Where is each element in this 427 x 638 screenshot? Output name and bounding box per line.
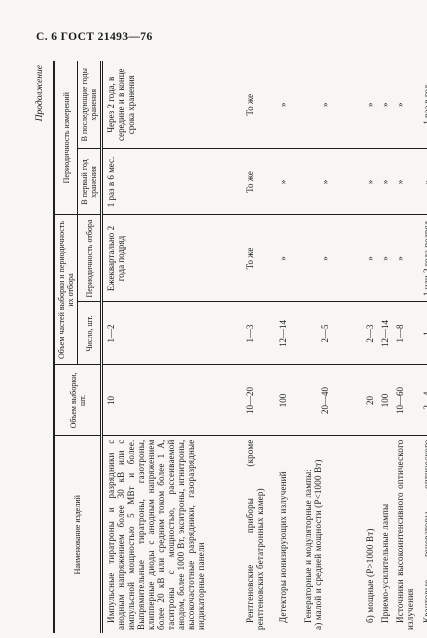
parts-count-cell: 1—3 (242, 302, 275, 365)
col-header-next-years: В последующие годы хранения (78, 61, 102, 149)
name-cell: Источники высокоинтенсивного оптического… (392, 436, 419, 633)
parts-count-cell: 1—8 (392, 302, 419, 365)
parts-periodicity-cell: » (362, 215, 377, 302)
next-years-cell: Через 2 года, в середине и в конце срока… (102, 61, 243, 149)
first-year-cell: » (300, 149, 362, 215)
first-year-cell: » (275, 149, 300, 215)
parts-count-cell: 12—14 (275, 302, 300, 365)
name-cell: Квантовые генераторы оптического диапазо… (419, 436, 427, 633)
first-year-cell: 1 раз в 6 мес. (102, 149, 243, 215)
col-header-measure-group: Периодичность измерений (54, 61, 78, 215)
table-row: Импульсные тиратроны и разрядники с анод… (102, 61, 243, 633)
col-header-parts-count: Число, шт. (78, 302, 102, 365)
sample-size-cell: 2—4 (419, 365, 427, 436)
parts-periodicity-cell: » (275, 215, 300, 302)
name-cell: Детекторы ионизирующих излучений (275, 436, 300, 633)
sample-size-cell: 20 (362, 365, 377, 436)
name-cell: Импульсные тиратроны и разрядники с анод… (102, 436, 243, 633)
parts-count-cell: 2—3 (362, 302, 377, 365)
table-row: Квантовые генераторы оптического диапазо… (419, 61, 427, 633)
first-year-cell: » (362, 149, 377, 215)
parts-count-cell: 2—5 (300, 302, 362, 365)
name-cell: Приемо-усилительные лампы (377, 436, 392, 633)
col-header-name: Наименование изделий (54, 436, 102, 633)
sample-size-cell: 10—20 (242, 365, 275, 436)
sample-size-cell: 10 (102, 365, 243, 436)
rotated-table-inner: Продолжение Наименование изделий Объем в… (33, 57, 425, 635)
continuation-label: Продолжение (33, 57, 53, 635)
table-row: Рентгеновские приборы (кроме рентгеновск… (242, 61, 275, 633)
col-header-parts-periodicity: Периодичность отбора (78, 215, 102, 302)
parts-count-cell: 12—14 (377, 302, 392, 365)
table-body: Импульсные тиратроны и разрядники с анод… (102, 61, 427, 633)
next-years-cell: » (377, 61, 392, 149)
col-header-sample-size: Объем выборки, шт. (54, 365, 102, 436)
sample-size-cell: 100 (275, 365, 300, 436)
first-year-cell: » (392, 149, 419, 215)
sample-size-cell: 100 (377, 365, 392, 436)
first-year-cell: То же (242, 149, 275, 215)
parts-periodicity-cell: » (377, 215, 392, 302)
sample-size-cell: 20—40 (300, 365, 362, 436)
name-cell: Рентгеновские приборы (кроме рентгеновск… (242, 436, 275, 633)
next-years-cell: » (392, 61, 419, 149)
name-cell: б) мощные (Р>1000 Вт) (362, 436, 377, 633)
next-years-cell: » (362, 61, 377, 149)
products-table: Наименование изделий Объем выборки, шт. … (53, 61, 427, 633)
page-header: С. 6 ГОСТ 21493—76 (36, 31, 153, 43)
scanned-document-page: { "page": { "header": "С. 6 ГОСТ 21493—7… (0, 0, 427, 638)
next-years-cell: » (300, 61, 362, 149)
next-years-cell: » (275, 61, 300, 149)
table-row: Приемо-усилительные лампы 100 12—14 » » … (377, 61, 392, 633)
next-years-cell: 1 раз в год (419, 61, 427, 149)
table-row: Источники высокоинтенсивного оптического… (392, 61, 419, 633)
parts-count-cell: 1—2 (102, 302, 243, 365)
parts-periodicity-cell: » (392, 215, 419, 302)
rotated-table-area: Продолжение Наименование изделий Объем в… (33, 57, 425, 635)
parts-periodicity-cell: » (300, 215, 362, 302)
parts-count-cell: 1 (419, 302, 427, 365)
col-header-first-year: В первый год хранения (78, 149, 102, 215)
parts-periodicity-cell: Ежеквартально 2 года подряд (102, 215, 243, 302)
table-header: Наименование изделий Объем выборки, шт. … (54, 61, 102, 633)
first-year-cell: » (377, 149, 392, 215)
table-row: Детекторы ионизирующих излучений 100 12—… (275, 61, 300, 633)
next-years-cell: То же (242, 61, 275, 149)
table-row: б) мощные (Р>1000 Вт) 20 2—3 » » » (362, 61, 377, 633)
name-cell: Генераторные и модуляторные лампы: а) ма… (300, 436, 362, 633)
header-row-groups: Наименование изделий Объем выборки, шт. … (54, 61, 78, 633)
first-year-cell: » (419, 149, 427, 215)
parts-periodicity-cell: То же (242, 215, 275, 302)
col-header-parts-group: Объем частей выборки и перио­дичность их… (54, 215, 78, 365)
table-row: Генераторные и модуляторные лампы: а) ма… (300, 61, 362, 633)
sample-size-cell: 10—60 (392, 365, 419, 436)
parts-periodicity-cell: 1 или 2 года подряд (419, 215, 427, 302)
